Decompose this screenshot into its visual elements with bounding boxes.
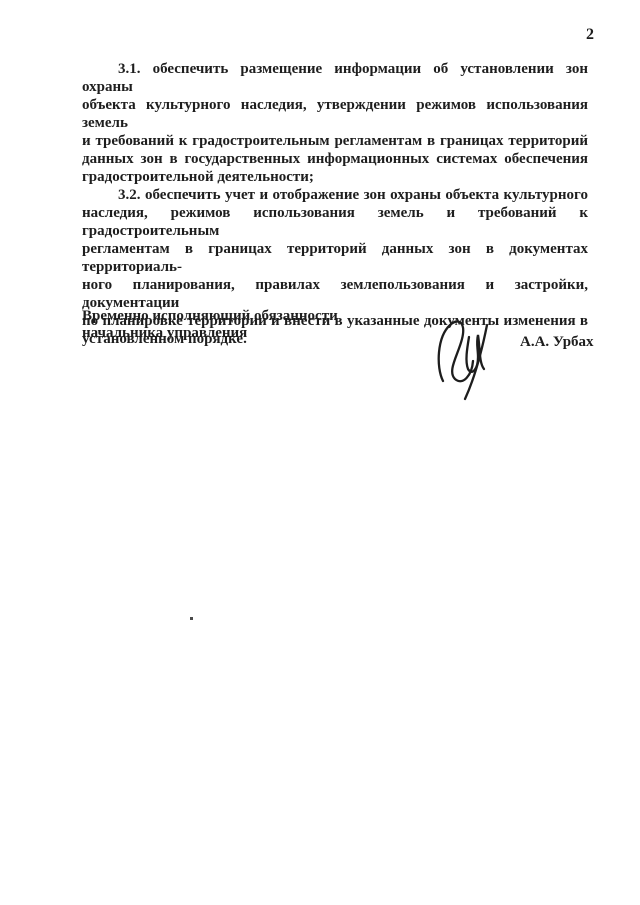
body-text-line: и требований к градостроительным регламе…: [82, 132, 588, 150]
signature-position-line: Временно исполняющий обязанности: [82, 308, 338, 325]
body-text-line: данных зон в государственных информацион…: [82, 150, 588, 168]
scan-speck-artifact: [190, 617, 193, 620]
body-text-line: наследия, режимов использования земель и…: [82, 204, 588, 240]
signature-position-line: начальника управления: [82, 325, 338, 342]
body-text-line: объекта культурного наследия, утверждени…: [82, 96, 588, 132]
body-text-line: ного планирования, правилах землепользов…: [82, 276, 588, 312]
body-text-line: 3.1. обеспечить размещение информации об…: [82, 60, 588, 96]
body-text: 3.1. обеспечить размещение информации об…: [82, 60, 588, 348]
handwritten-signature-icon: [434, 317, 496, 401]
document-page: 2 3.1. обеспечить размещение информации …: [0, 0, 640, 905]
body-text-line: регламентам в границах территорий данных…: [82, 240, 588, 276]
signatory-name: А.А. Урбах: [520, 334, 594, 351]
signature-position-title: Временно исполняющий обязанности начальн…: [82, 308, 338, 342]
body-text-line: градостроительной деятельности;: [82, 168, 588, 186]
paragraph-3-1: 3.1. обеспечить размещение информации об…: [82, 60, 588, 186]
body-text-line: 3.2. обеспечить учет и отображение зон о…: [82, 186, 588, 204]
page-number: 2: [586, 26, 594, 44]
